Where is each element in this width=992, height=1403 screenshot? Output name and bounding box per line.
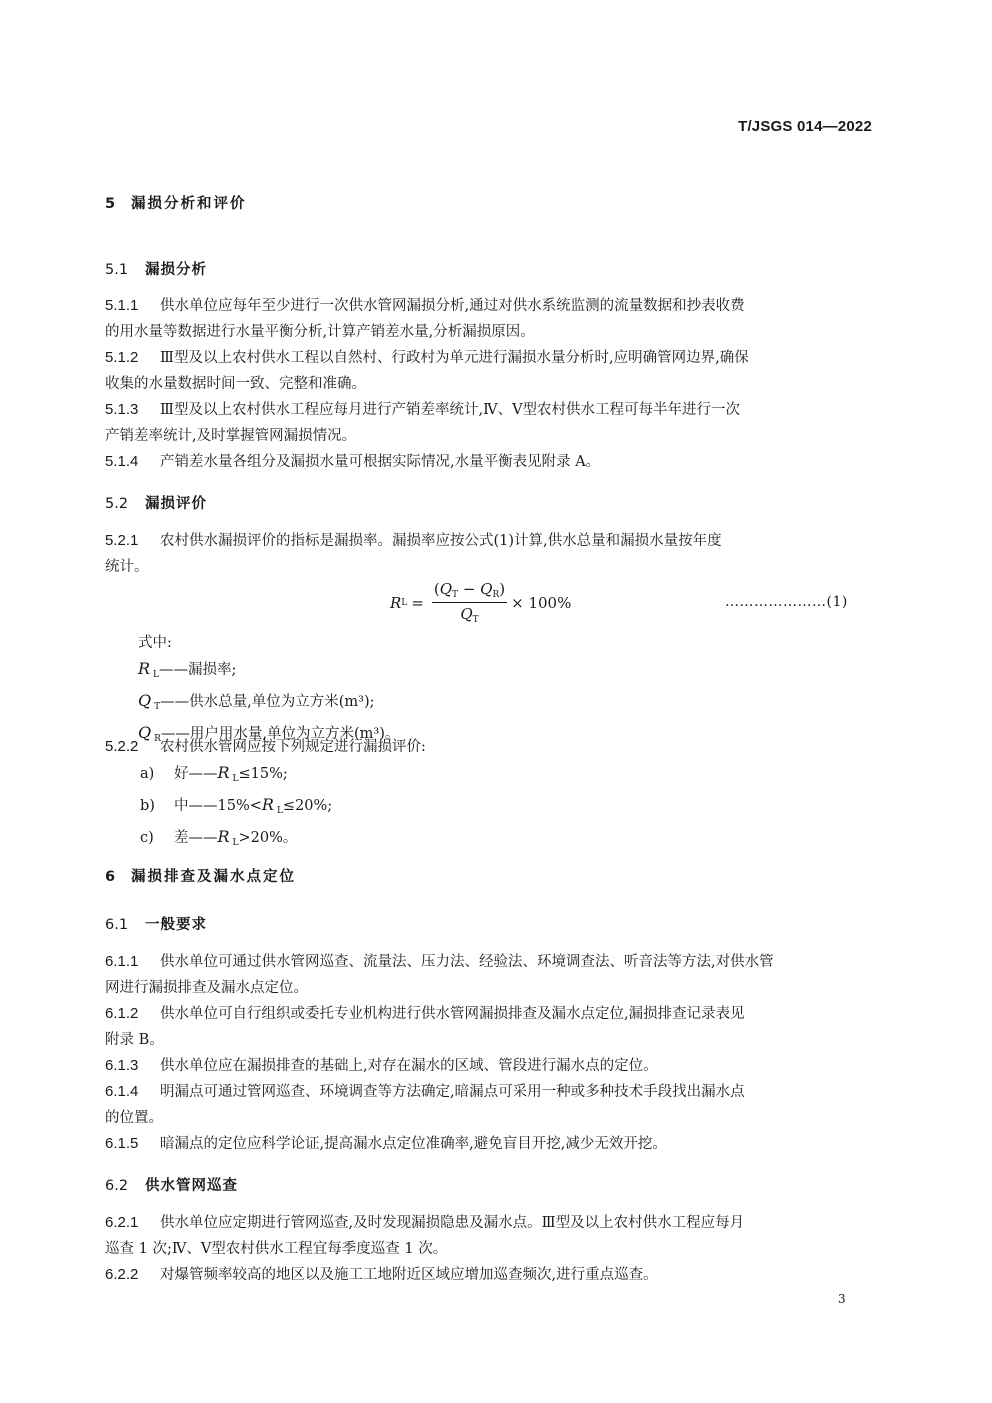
legend-label: 式中:: [138, 630, 399, 656]
clause-number: 5.2.1: [105, 528, 160, 554]
clause-text-cont: 的位置。: [105, 1105, 872, 1131]
section-heading-5-1: 5.1漏损分析: [105, 258, 207, 279]
clause-number: 6.1.4: [105, 1079, 160, 1105]
clause-6-2-2: 6.2.2对爆管频率较高的地区以及施工工地附近区域应增加巡查频次,进行重点巡查。: [105, 1262, 872, 1288]
formula-denominator: QT: [460, 603, 478, 625]
clause-text: 供水单位应定期进行管网巡查,及时发现漏损隐患及漏水点。Ⅲ型及以上农村供水工程应每…: [160, 1215, 744, 1231]
clause-6-1-2: 6.1.2供水单位可自行组织或委托专业机构进行供水管网漏损排查及漏水点定位,漏损…: [105, 1001, 872, 1053]
clause-text-cont: 的用水量等数据进行水量平衡分析,计算产销差水量,分析漏损原因。: [105, 319, 872, 345]
page-number: 3: [838, 1292, 846, 1306]
clause-text-cont: 收集的水量数据时间一致、完整和准确。: [105, 371, 872, 397]
clause-number: 5.1.1: [105, 293, 160, 319]
heading-title: 一般要求: [145, 917, 207, 933]
clause-number: 6.1.3: [105, 1053, 160, 1079]
clause-text: 农村供水漏损评价的指标是漏损率。漏损率应按公式(1)计算,供水总量和漏损水量按年…: [160, 533, 722, 549]
clause-text: 对爆管频率较高的地区以及施工工地附近区域应增加巡查频次,进行重点巡查。: [160, 1267, 658, 1283]
clause-text: 暗漏点的定位应科学论证,提高漏水点定位准确率,避免盲目开挖,减少无效开挖。: [160, 1136, 667, 1152]
clause-6-2-1: 6.2.1供水单位应定期进行管网巡查,及时发现漏损隐患及漏水点。Ⅲ型及以上农村供…: [105, 1210, 872, 1262]
clause-6-1-4: 6.1.4明漏点可通过管网巡查、环境调查等方法确定,暗漏点可采用一种或多种技术手…: [105, 1079, 872, 1131]
clause-6-1-5: 6.1.5暗漏点的定位应科学论证,提高漏水点定位准确率,避免盲目开挖,减少无效开…: [105, 1131, 872, 1157]
formula-lhs: R: [390, 594, 401, 612]
clause-5-1-2: 5.1.2Ⅲ型及以上农村供水工程以自然村、行政村为单元进行漏损水量分析时,应明确…: [105, 345, 872, 397]
clause-number: 5.1.4: [105, 449, 160, 475]
clause-text-cont: 巡查 1 次;Ⅳ、Ⅴ型农村供水工程宜每季度巡查 1 次。: [105, 1236, 872, 1262]
list-item: b)中——15%<RL≤20%;: [140, 792, 332, 824]
clause-number: 6.2.1: [105, 1210, 160, 1236]
formula-numerator: (QT − QR): [432, 580, 507, 603]
clause-text: Ⅲ型及以上农村供水工程应每月进行产销差率统计,Ⅳ、Ⅴ型农村供水工程可每半年进行一…: [160, 402, 740, 418]
clause-text: 农村供水管网应按下列规定进行漏损评价:: [160, 739, 426, 755]
clause-text: 明漏点可通过管网巡查、环境调查等方法确定,暗漏点可采用一种或多种技术手段找出漏水…: [160, 1084, 745, 1100]
clause-text-cont: 产销差率统计,及时掌握管网漏损情况。: [105, 423, 872, 449]
formula-multiplier: × 100%: [511, 594, 571, 612]
heading-title: 漏损评价: [145, 496, 207, 512]
section-heading-6-1: 6.1一般要求: [105, 913, 207, 934]
clause-text: 供水单位可通过供水管网巡查、流量法、压力法、经验法、环境调查法、听音法等方法,对…: [160, 954, 774, 970]
heading-title: 供水管网巡查: [145, 1178, 238, 1194]
clause-number: 6.1.2: [105, 1001, 160, 1027]
clause-5-2-1: 5.2.1农村供水漏损评价的指标是漏损率。漏损率应按公式(1)计算,供水总量和漏…: [105, 528, 872, 580]
clause-text: Ⅲ型及以上农村供水工程以自然村、行政村为单元进行漏损水量分析时,应明确管网边界,…: [160, 350, 749, 366]
heading-title: 漏损排查及漏水点定位: [131, 869, 296, 885]
heading-number: 6.2: [105, 1178, 145, 1194]
clause-text-cont: 附录 B。: [105, 1027, 872, 1053]
clause-text: 供水单位可自行组织或委托专业机构进行供水管网漏损排查及漏水点定位,漏损排查记录表…: [160, 1006, 745, 1022]
clause-text-cont: 网进行漏损排查及漏水点定位。: [105, 975, 872, 1001]
clause-text: 供水单位应每年至少进行一次供水管网漏损分析,通过对供水系统监测的流量数据和抄表收…: [160, 298, 745, 314]
section-heading-6-2: 6.2供水管网巡查: [105, 1174, 238, 1195]
clause-6-1-3: 6.1.3供水单位应在漏损排查的基础上,对存在漏水的区域、管段进行漏水点的定位。: [105, 1053, 872, 1079]
heading-number: 6.1: [105, 917, 145, 933]
standard-code: T/JSGS 014—2022: [720, 118, 872, 135]
clause-5-1-3: 5.1.3Ⅲ型及以上农村供水工程应每月进行产销差率统计,Ⅳ、Ⅴ型农村供水工程可每…: [105, 397, 872, 449]
heading-number: 5.2: [105, 496, 145, 512]
section-heading-5-2: 5.2漏损评价: [105, 492, 207, 513]
clause-5-1-1: 5.1.1供水单位应每年至少进行一次供水管网漏损分析,通过对供水系统监测的流量数…: [105, 293, 872, 345]
clause-number: 5.2.2: [105, 734, 160, 760]
heading-number: 5: [105, 196, 131, 212]
chapter-heading-5: 5漏损分析和评价: [105, 192, 247, 213]
heading-number: 6: [105, 869, 131, 885]
clause-number: 5.1.3: [105, 397, 160, 423]
clause-number: 6.1.5: [105, 1131, 160, 1157]
clause-text: 产销差水量各组分及漏损水量可根据实际情况,水量平衡表见附录 A。: [160, 454, 600, 470]
formula-leakage-rate: RL = (QT − QR) QT × 100%: [390, 580, 571, 625]
list-item: c)差——RL>20%。: [140, 824, 332, 856]
legend-item: QT——供水总量,单位为立方米(m³);: [138, 688, 399, 720]
clause-number: 6.2.2: [105, 1262, 160, 1288]
clause-text-cont: 统计。: [105, 554, 872, 580]
clause-6-1-1: 6.1.1供水单位可通过供水管网巡查、流量法、压力法、经验法、环境调查法、听音法…: [105, 949, 872, 1001]
clause-5-1-4: 5.1.4产销差水量各组分及漏损水量可根据实际情况,水量平衡表见附录 A。: [105, 449, 872, 475]
legend-item: RL——漏损率;: [138, 656, 399, 688]
heading-title: 漏损分析: [145, 262, 207, 278]
clause-5-2-2: 5.2.2农村供水管网应按下列规定进行漏损评价:: [105, 734, 872, 760]
list-item: a)好——RL≤15%;: [140, 760, 332, 792]
evaluation-list: a)好——RL≤15%; b)中——15%<RL≤20%; c)差——RL>20…: [140, 760, 332, 856]
clause-number: 6.1.1: [105, 949, 160, 975]
equation-number: …………………(1): [725, 594, 848, 610]
chapter-heading-6: 6漏损排查及漏水点定位: [105, 865, 296, 886]
clause-number: 5.1.2: [105, 345, 160, 371]
heading-title: 漏损分析和评价: [131, 196, 247, 212]
formula-fraction: (QT − QR) QT: [432, 580, 507, 625]
heading-number: 5.1: [105, 262, 145, 278]
clause-text: 供水单位应在漏损排查的基础上,对存在漏水的区域、管段进行漏水点的定位。: [160, 1058, 658, 1074]
